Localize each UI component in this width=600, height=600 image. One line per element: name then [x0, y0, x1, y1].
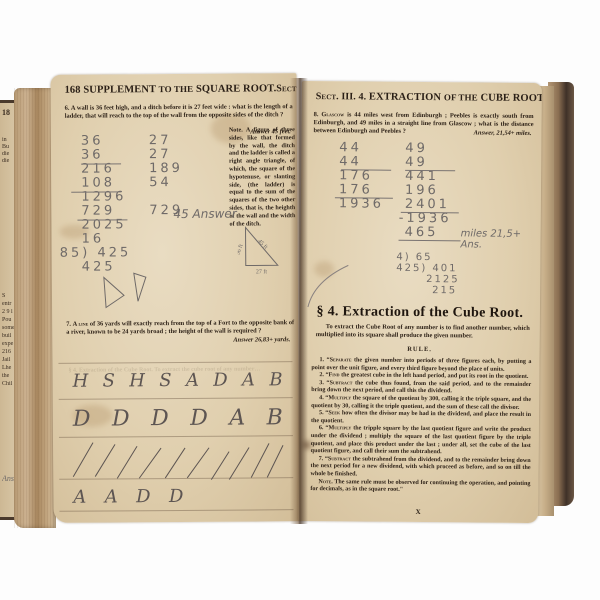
ruled-line	[59, 397, 293, 400]
svg-text:45 ft: 45 ft	[256, 238, 269, 251]
problem-8-answer: Answer, 21,54+ miles.	[431, 129, 531, 138]
section-heading: § 4. Extraction of the Cube Root.	[300, 304, 540, 322]
problem-6: 6. A wall is 36 feet high, and a ditch b…	[65, 103, 293, 121]
rule-item: 6. “Multiply the tripple square by the l…	[311, 425, 531, 457]
note-text: A figure of three sides, like that forme…	[229, 126, 296, 227]
problem-7: 7. A line of 36 yards will exactly reach…	[66, 319, 294, 337]
rule-item: 7. “Subtract the subtrahend from the div…	[310, 456, 530, 481]
ink-blot	[303, 441, 311, 449]
right-head-small: OF THE	[444, 92, 478, 102]
pencil-right-triangle-diagram: 36 ft 45 ft 27 ft	[237, 223, 287, 273]
left-page-number: 168	[65, 85, 81, 96]
problem-7-answer: Answer 26,83+ yards.	[172, 336, 290, 345]
pencil-calculation-a: 44 44 176 176 1936	[339, 141, 400, 212]
pencil-sub-calculation: 4) 65 425) 401 2125 215	[396, 252, 460, 297]
page-edge-stack-left	[14, 88, 56, 528]
section-title: Extraction of the Cube Root.	[343, 304, 524, 321]
problem-7-number: 7.	[66, 321, 71, 328]
svg-text:36 ft: 36 ft	[237, 243, 244, 256]
rule-note: Note. The same rule must be observed for…	[310, 479, 530, 496]
note-label: Note.	[229, 127, 243, 134]
right-running-head: Sect. III. 4. EXTRACTION OF THE CUBE ROO…	[316, 91, 532, 104]
problem-8-number: 8.	[314, 111, 319, 118]
photo-scene: 18 in Bu die die S entr 2 9 l Pou some b…	[0, 0, 600, 600]
right-head-end: CUBE ROOT.	[480, 93, 541, 105]
section-intro: To extract the Cube Root of any number i…	[316, 323, 530, 341]
pencil-calculation-a: 36 36 216 108 1296 729 2025 16 85) 425 4…	[81, 134, 142, 274]
problem-6-number: 6.	[65, 105, 70, 112]
problem-7-text: of 36 yards will exactly reach from the …	[66, 319, 294, 336]
svg-text:27 ft: 27 ft	[256, 268, 268, 273]
rules-list: 1. “Separate the given number into perio…	[310, 357, 531, 496]
penmanship-row-2: DDDDAB	[73, 405, 283, 431]
problem-8-lead: Glascow	[321, 111, 344, 118]
pencil-triangle-sketches	[94, 269, 194, 315]
problem-6-text: A wall is 36 feet high, and a ditch befo…	[65, 103, 293, 120]
ruled-line	[59, 509, 293, 512]
right-head-main: EXTRACTION	[369, 92, 441, 104]
pencil-rule-line	[399, 240, 461, 242]
penmanship-row-4: AADD	[73, 486, 183, 508]
penmanship-practice-area: § 4. Extraction of the Cube Root. To ext…	[58, 361, 293, 513]
right-triangle-note: Note. A figure of three sides, like that…	[229, 126, 296, 228]
rule-heading: RULE.	[300, 345, 540, 354]
left-section-ref: Sect. III.	[276, 83, 299, 94]
left-running-head: 168 SUPPLEMENT TO THE SQUARE ROOT. Sect.…	[65, 83, 287, 96]
ruled-line	[59, 435, 293, 438]
pencil-calculation-b: 49 49 441 196 2401 -1936 465	[405, 142, 476, 241]
right-section-ref: Sect. III. 4.	[316, 91, 367, 102]
left-page: 168 SUPPLEMENT TO THE SQUARE ROOT. Sect.…	[50, 73, 299, 523]
left-head-small: TO THE	[159, 84, 194, 94]
penmanship-row-1: HSHSADAB	[73, 369, 283, 391]
section-mark: § 4.	[317, 304, 339, 319]
left-head-main: SUPPLEMENT	[83, 84, 156, 96]
signature-mark: X	[298, 507, 538, 517]
right-page: Sect. III. 4. EXTRACTION OF THE CUBE ROO…	[298, 81, 542, 523]
problem-7-lead: A line	[73, 321, 89, 328]
pencil-answer-note: miles 21,5+ Ans.	[460, 228, 530, 251]
left-head-end: SQUARE ROOT.	[196, 83, 276, 95]
pencil-calculation-b: 27 27 189 54 729	[149, 134, 190, 218]
penmanship-row-3-slants	[69, 439, 289, 481]
ruled-line	[58, 361, 292, 364]
pencil-answer-note: 45 Answer	[173, 207, 236, 221]
